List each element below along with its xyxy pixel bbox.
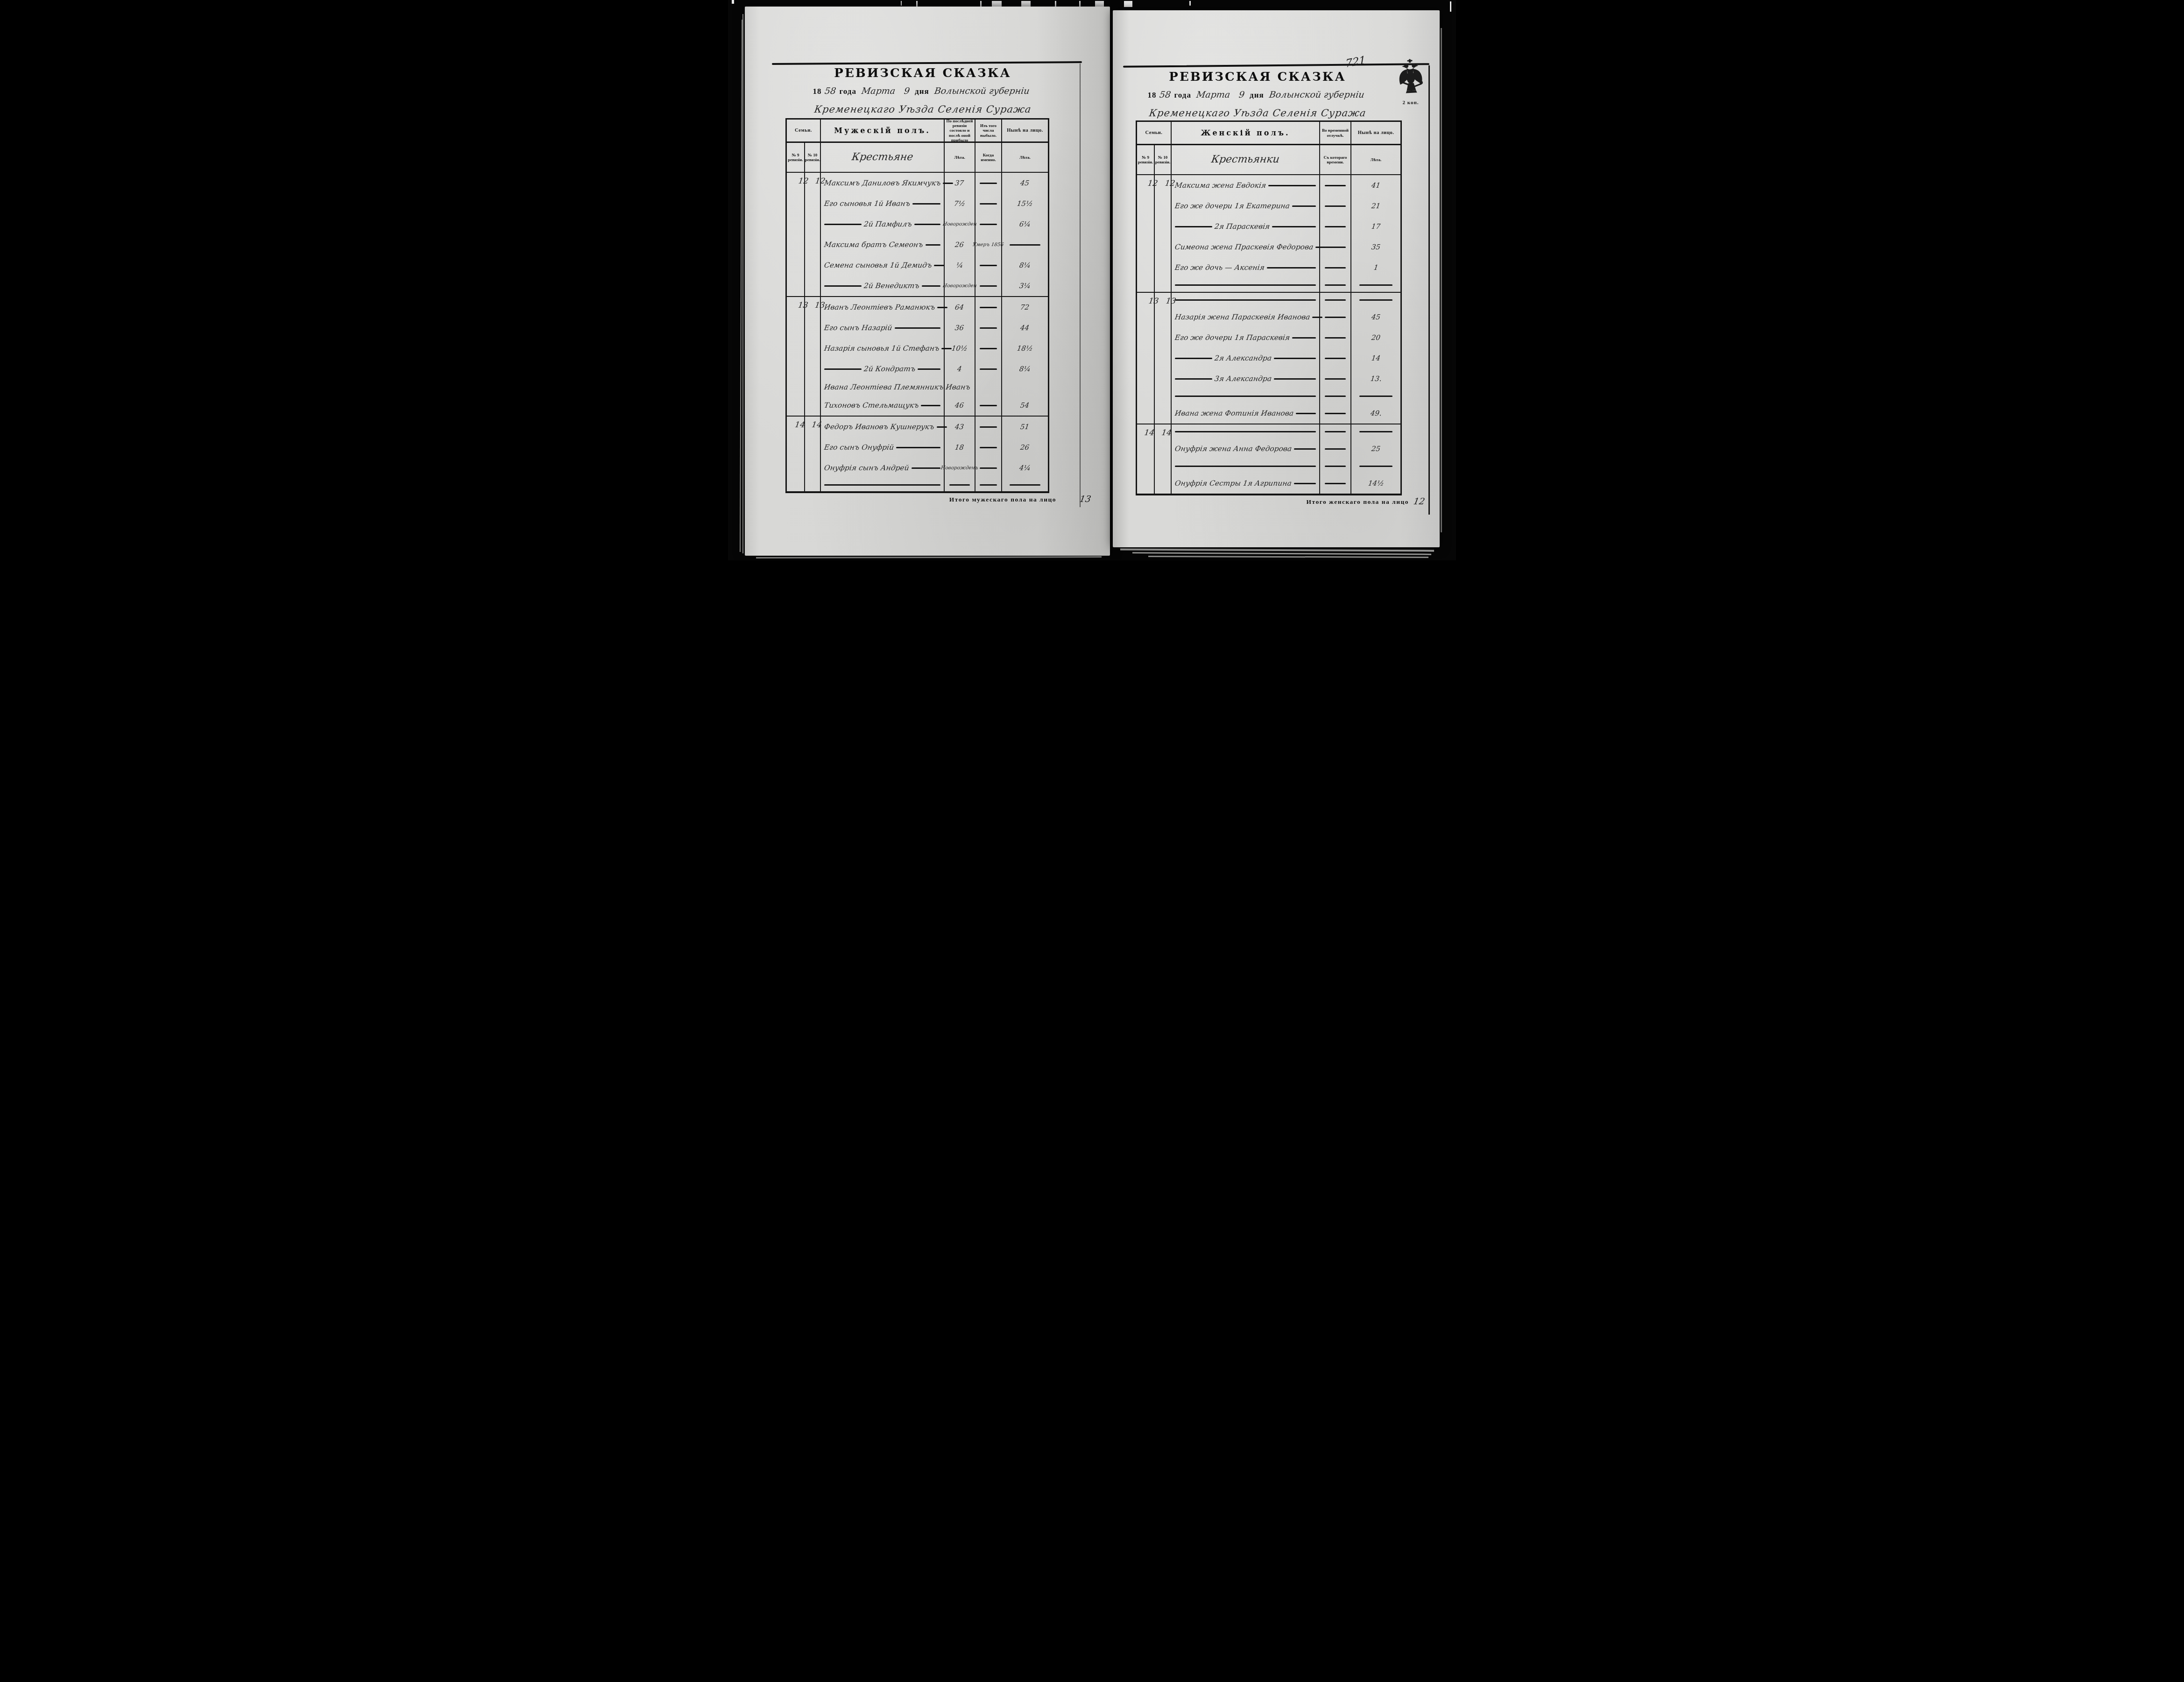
present-age-cell xyxy=(1002,379,1048,395)
ink-dash xyxy=(1175,431,1316,432)
stamp-value: 2 коп. xyxy=(1396,100,1426,106)
present-age-cell-value: 8¼ xyxy=(1019,261,1032,269)
present-age-cell: 45 xyxy=(1002,173,1048,193)
ink-dash xyxy=(980,368,997,370)
family-number: 14 xyxy=(802,420,822,491)
page-stack-edge xyxy=(1120,549,1434,552)
hand-day: 9 xyxy=(1238,90,1245,100)
person-name: Максимъ Даниловъ Якимчукъ xyxy=(824,179,941,187)
column-group-header: Во временной отлучкѣ. xyxy=(1320,122,1351,144)
when-left-cell xyxy=(975,276,1002,296)
present-age-cell: 14½ xyxy=(1351,473,1400,494)
present-age-cell-value: 45 xyxy=(1371,313,1381,321)
present-age-cell-value: 25 xyxy=(1371,445,1381,453)
ink-dash xyxy=(980,285,997,287)
ink-dash xyxy=(1292,205,1316,207)
table-row xyxy=(1172,293,1400,307)
column-subheader: № 10 ревизіи. xyxy=(1155,145,1172,174)
present-age-cell: 8¼ xyxy=(1002,255,1048,276)
temporary-absence-cell xyxy=(1320,368,1351,389)
ink-dash xyxy=(1175,284,1316,286)
name-cell xyxy=(1172,424,1320,438)
film-mark xyxy=(916,1,918,7)
page-stack-edge xyxy=(756,556,1102,558)
name-cell: Назарія сыновья 1й Стефанъ xyxy=(821,338,945,359)
temporary-absence-cell xyxy=(1320,196,1351,216)
last-revision-age-cell: ¼ xyxy=(945,255,975,276)
last-revision-age-cell: 7½ xyxy=(945,193,975,214)
column-group-header: Изъ того числа выбыло. xyxy=(975,120,1002,141)
film-mark xyxy=(1124,1,1132,7)
present-age-cell-value: 21 xyxy=(1371,202,1381,210)
ink-dash xyxy=(1325,483,1345,484)
ink-dash xyxy=(896,447,940,448)
present-age-cell-value: 51 xyxy=(1020,423,1030,431)
name-cell: Его же дочери 1я Параскевія xyxy=(1172,327,1320,348)
when-left-cell xyxy=(975,255,1002,276)
table-row: Семена сыновья 1й Демидъ¼8¼ xyxy=(821,255,1048,276)
family-rows: Иванъ Леонтіевъ Раманюкъ6472Его сынъ Наз… xyxy=(821,297,1048,416)
present-age-cell: 15½ xyxy=(1002,193,1048,214)
temporary-absence-cell xyxy=(1320,403,1351,424)
table-row xyxy=(1172,278,1400,292)
ink-dash xyxy=(1267,267,1316,269)
when-left-cell: Умеръ 1856 xyxy=(975,234,1002,255)
ink-dash xyxy=(1296,413,1316,414)
name-cell: 3я Александра xyxy=(1172,368,1320,389)
ink-dash xyxy=(1175,299,1316,301)
table-row xyxy=(821,478,1048,491)
table-row: Назарія жена Параскевія Иванова45 xyxy=(1172,307,1400,327)
present-age-cell-value: 6¼ xyxy=(1019,220,1032,228)
margin-line xyxy=(1080,64,1081,507)
ink-dash xyxy=(1175,396,1316,397)
table-row: 2я Параскевія17 xyxy=(1172,216,1400,237)
name-cell: Ивана жена Фотинія Иванова xyxy=(1172,403,1320,424)
hand-month: Марта xyxy=(1196,90,1231,100)
film-mark xyxy=(1055,1,1056,7)
hand-year: 58 xyxy=(824,86,837,96)
name-cell: Иванъ Леонтіевъ Раманюкъ xyxy=(821,297,945,318)
page-stack-edge xyxy=(1148,556,1428,558)
person-name: Назарія жена Параскевія Иванова xyxy=(1174,313,1311,321)
table-row: Ивана жена Фотинія Иванова49. xyxy=(1172,403,1400,424)
ink-dash xyxy=(895,327,941,329)
family-number-rev10: 13 xyxy=(1155,293,1172,424)
name-cell xyxy=(1172,278,1320,292)
ink-dash xyxy=(1268,185,1316,186)
temporary-absence-cell xyxy=(1320,278,1351,292)
family-block: 1414Онуфрія жена Анна Федорова25Онуфрія … xyxy=(1137,424,1400,494)
ink-dash xyxy=(1010,244,1041,246)
female-revision-table: Семьи.Женскій полъ.Во временной отлучкѣ.… xyxy=(1136,120,1402,495)
table-row: Федоръ Ивановъ Кушнерукъ4351 xyxy=(821,417,1048,437)
ink-dash xyxy=(1325,299,1345,301)
last-revision-age-cell: Новорожденъ xyxy=(945,458,975,478)
total-value: 12 xyxy=(1413,496,1426,507)
column-subheader: № 9 ревизіи. xyxy=(1137,145,1155,174)
column-subheader: Крестьянки xyxy=(1172,145,1320,174)
ink-dash xyxy=(912,467,940,469)
last-revision-age-cell: Новорожден xyxy=(945,214,975,234)
printed-year-prefix: 18 xyxy=(813,87,821,96)
printed-dnya: дня xyxy=(915,87,929,96)
person-name: Его же дочери 1я Параскевія xyxy=(1174,333,1291,342)
name-cell: Онуфрія жена Анна Федорова xyxy=(1172,438,1320,459)
family-block: 1414Федоръ Ивановъ Кушнерукъ4351Его сынъ… xyxy=(787,416,1048,491)
last-revision-age-cell-value: 43 xyxy=(954,423,965,431)
last-revision-age-cell: Новорожден xyxy=(945,276,975,296)
ink-dash xyxy=(1292,337,1316,339)
person-name: 3я Александра xyxy=(1214,375,1272,383)
family-number-rev10: 13 xyxy=(805,297,821,416)
ink-dash xyxy=(1272,226,1316,227)
when-left-cell xyxy=(975,193,1002,214)
present-age-cell-value: 26 xyxy=(1020,443,1030,452)
left-page: РЕВИЗСКАЯ СКАЗКА 1858года Марта 9 дня Во… xyxy=(745,7,1110,556)
person-name: Иванъ Леонтіевъ Раманюкъ xyxy=(824,303,936,311)
person-name: Онуфрія жена Анна Федорова xyxy=(1174,445,1293,453)
table-row: Максимъ Даниловъ Якимчукъ3745 xyxy=(821,173,1048,193)
ink-dash xyxy=(1325,431,1345,432)
name-cell: Тихоновъ Стельмащукъ xyxy=(821,395,945,416)
right-page: РЕВИЗСКАЯ СКАЗКА 1858года Марта 9 дня Во… xyxy=(1113,10,1440,547)
ink-dash xyxy=(1359,466,1392,467)
total-value: 13 xyxy=(1079,494,1092,504)
hand-day: 9 xyxy=(903,86,910,96)
last-revision-age-cell-value: 36 xyxy=(954,324,965,332)
family-block: 1212Максимъ Даниловъ Якимчукъ3745Его сын… xyxy=(787,173,1048,296)
table-row xyxy=(1172,424,1400,438)
temporary-absence-cell xyxy=(1320,348,1351,368)
present-age-cell: 17 xyxy=(1351,216,1400,237)
last-revision-age-cell-value: 46 xyxy=(954,401,965,410)
temporary-absence-cell xyxy=(1320,237,1351,257)
person-name: 2я Александра xyxy=(1214,354,1272,362)
person-name: 2й Памфилъ xyxy=(863,220,912,228)
ink-dash xyxy=(914,224,940,225)
table-row: Максима братъ Семеонъ26Умеръ 1856 xyxy=(821,234,1048,255)
present-age-cell-value: 35 xyxy=(1371,243,1381,251)
ink-dash xyxy=(934,265,944,266)
name-cell xyxy=(1172,293,1320,307)
table-row: Онуфрія сынъ АндрейНоворожденъ4¼ xyxy=(821,458,1048,478)
printed-goda: года xyxy=(1174,91,1191,99)
person-name: Федоръ Ивановъ Кушнерукъ xyxy=(824,423,935,431)
page-stack-edge xyxy=(742,14,743,553)
table-row: 2я Александра14 xyxy=(1172,348,1400,368)
ink-dash xyxy=(1325,247,1345,248)
total-label: Итого женскаго пола на лицо xyxy=(1306,498,1409,506)
name-cell: 2й Кондратъ xyxy=(821,359,945,379)
present-age-cell-value: 18½ xyxy=(1017,344,1033,353)
ink-dash xyxy=(1294,448,1316,450)
ink-dash xyxy=(1325,358,1345,359)
last-revision-age-cell-value: Новорожден xyxy=(942,283,977,289)
present-age-cell: 44 xyxy=(1002,318,1048,338)
ink-dash xyxy=(922,285,940,287)
present-age-cell-value: 72 xyxy=(1020,303,1030,311)
last-revision-age-cell: 18 xyxy=(945,437,975,458)
person-name: Его же дочери 1я Екатерина xyxy=(1174,202,1291,210)
ink-dash xyxy=(1325,185,1345,186)
temporary-absence-cell xyxy=(1320,473,1351,494)
ink-dash xyxy=(1325,378,1345,380)
person-name: 2й Кондратъ xyxy=(863,365,916,373)
name-cell: Его же дочь — Аксенія xyxy=(1172,257,1320,278)
present-age-cell: 3¼ xyxy=(1002,276,1048,296)
film-mark xyxy=(1189,1,1191,6)
present-age-cell xyxy=(1002,234,1048,255)
present-age-cell-value: 44 xyxy=(1020,324,1030,332)
film-mark xyxy=(1450,1,1451,12)
table-row: Его же дочери 1я Параскевія20 xyxy=(1172,327,1400,348)
ink-dash xyxy=(980,307,997,308)
present-age-cell: 1 xyxy=(1351,257,1400,278)
present-age-cell xyxy=(1351,459,1400,473)
ink-dash xyxy=(1175,358,1212,359)
present-age-cell: 41 xyxy=(1351,175,1400,196)
male-revision-table: Семьи.Мужескій полъ.По послѣдней ревизіи… xyxy=(785,118,1049,493)
present-age-cell: 13. xyxy=(1351,368,1400,389)
name-cell: 2я Параскевія xyxy=(1172,216,1320,237)
last-revision-age-cell: 36 xyxy=(945,318,975,338)
last-revision-age-cell-value: Новорожден xyxy=(942,221,977,227)
column-subheader: Лѣта. xyxy=(1351,145,1400,174)
page-number: 721 xyxy=(1345,54,1366,71)
name-cell: Симеона жена Праскевія Федорова xyxy=(1172,237,1320,257)
column-subheader: Лѣта. xyxy=(945,143,975,172)
name-cell: 2й Венедиктъ xyxy=(821,276,945,296)
page-frame-right xyxy=(1428,65,1430,515)
last-revision-age-cell-value: ¼ xyxy=(955,261,963,269)
when-left-cell xyxy=(975,478,1002,491)
last-revision-age-cell: 26 xyxy=(945,234,975,255)
present-age-cell: 14 xyxy=(1351,348,1400,368)
last-revision-age-cell-value: 7½ xyxy=(954,199,966,208)
ink-dash xyxy=(824,285,862,287)
temporary-absence-cell xyxy=(1320,389,1351,403)
present-age-cell-value: 54 xyxy=(1020,401,1030,410)
present-age-cell-value: 45 xyxy=(1020,179,1030,187)
name-cell: Его сынъ Онуфрій xyxy=(821,437,945,458)
family-block: 1313Назарія жена Параскевія Иванова45Его… xyxy=(1137,292,1400,424)
present-age-cell xyxy=(1351,278,1400,292)
total-label: Итого мужескаго пола на лицо xyxy=(949,496,1056,503)
column-subheader: Съ котораго времени. xyxy=(1320,145,1351,174)
present-age-cell: 26 xyxy=(1002,437,1048,458)
ink-dash xyxy=(824,368,862,370)
printed-goda: года xyxy=(840,87,856,96)
family-block: 1212Максима жена Евдокія41Его же дочери … xyxy=(1137,175,1400,292)
ink-dash xyxy=(980,447,997,448)
last-revision-age-cell: 43 xyxy=(945,417,975,437)
page-top-rule xyxy=(1123,63,1429,68)
page-stack-edge xyxy=(1441,28,1442,532)
person-name: Его же дочь — Аксенія xyxy=(1174,263,1265,272)
ink-dash xyxy=(1359,284,1392,286)
family-number-rev10: 14 xyxy=(1155,424,1172,494)
family-rows: Назарія жена Параскевія Иванова45Его же … xyxy=(1172,293,1400,424)
table-row: Его сынъ Онуфрій1826 xyxy=(821,437,1048,458)
hand-region: Волынской губерніи xyxy=(1268,90,1365,100)
printed-year-prefix: 18 xyxy=(1147,91,1156,99)
last-revision-age-cell-value: 64 xyxy=(954,303,965,311)
present-age-cell-value: 3¼ xyxy=(1019,282,1032,290)
when-left-cell xyxy=(975,297,1002,318)
table-row: Онуфрія Сестры 1я Агрипина14½ xyxy=(1172,473,1400,494)
last-revision-age-cell: 64 xyxy=(945,297,975,318)
table-row: Тихоновъ Стельмащукъ4654 xyxy=(821,395,1048,416)
person-name: Онуфрія сынъ Андрей xyxy=(824,464,910,472)
ink-dash xyxy=(980,224,997,225)
present-age-cell: 18½ xyxy=(1002,338,1048,359)
last-revision-age-cell-value: 37 xyxy=(954,179,965,187)
when-left-cell xyxy=(975,173,1002,193)
table-row: Онуфрія жена Анна Федорова25 xyxy=(1172,438,1400,459)
person-name: Его сынъ Назарій xyxy=(824,324,893,332)
ink-dash xyxy=(824,224,862,225)
family-number-rev10: 14 xyxy=(805,417,821,491)
temporary-absence-cell xyxy=(1320,175,1351,196)
column-group-header: Семьи. xyxy=(787,120,821,141)
when-left-cell xyxy=(975,458,1002,478)
ink-dash xyxy=(1175,378,1212,380)
ink-dash xyxy=(1359,431,1392,432)
column-group-header-row: Семьи.Мужескій полъ.По послѣдней ревизіи… xyxy=(787,120,1048,143)
temporary-absence-cell xyxy=(1320,307,1351,327)
name-cell xyxy=(821,478,945,491)
present-age-cell-value: 20 xyxy=(1371,333,1381,342)
ink-dash xyxy=(1274,378,1316,380)
name-cell: Максима жена Евдокія xyxy=(1172,175,1320,196)
family-rows: Максимъ Даниловъ Якимчукъ3745Его сыновья… xyxy=(821,173,1048,296)
when-left-cell xyxy=(975,417,1002,437)
ink-dash xyxy=(921,405,940,406)
ink-dash xyxy=(1325,466,1345,467)
name-cell: Его сынъ Назарій xyxy=(821,318,945,338)
family-number-rev9: 14 xyxy=(1137,424,1155,494)
handwritten-class-label: Крестьянки xyxy=(1210,154,1280,166)
ink-dash xyxy=(926,244,940,246)
last-revision-age-cell: 10½ xyxy=(945,338,975,359)
family-rows: Федоръ Ивановъ Кушнерукъ4351Его сынъ Ону… xyxy=(821,417,1048,491)
when-left-cell xyxy=(975,318,1002,338)
present-age-cell-value: 1 xyxy=(1373,263,1378,272)
table-row xyxy=(1172,389,1400,403)
location-line: Кременецкаго Уѣзда Селенія Суража xyxy=(1148,107,1367,119)
column-group-header: По послѣдней ревизіи состояло и послѣ он… xyxy=(945,120,975,141)
ink-dash xyxy=(1359,299,1392,301)
hand-month: Марта xyxy=(861,86,896,96)
present-age-cell: 25 xyxy=(1351,438,1400,459)
table-row: Иванъ Леонтіевъ Раманюкъ6472 xyxy=(821,297,1048,318)
family-number-rev10: 12 xyxy=(805,173,821,296)
present-age-cell xyxy=(1351,424,1400,438)
page-title: РЕВИЗСКАЯ СКАЗКА xyxy=(773,66,1073,80)
family-number: 14 xyxy=(785,420,806,491)
name-cell xyxy=(1172,389,1320,403)
ink-dash xyxy=(1010,484,1041,486)
name-cell: Онуфрія сынъ Андрей xyxy=(821,458,945,478)
person-name: Ивана Леонтіева Племянникъ Иванъ xyxy=(824,383,971,391)
ink-dash xyxy=(980,203,997,205)
film-mark xyxy=(732,0,734,4)
name-cell: Назарія жена Параскевія Иванова xyxy=(1172,307,1320,327)
name-cell: Его сыновья 1й Иванъ xyxy=(821,193,945,214)
column-group-header: Семьи. xyxy=(1137,122,1172,144)
ink-dash xyxy=(1325,448,1345,450)
present-age-cell: 45 xyxy=(1351,307,1400,327)
ink-dash xyxy=(1325,205,1345,207)
ink-dash xyxy=(949,484,970,486)
when-left-cell xyxy=(975,395,1002,416)
name-cell: 2й Памфилъ xyxy=(821,214,945,234)
column-group-header: Мужескій полъ. xyxy=(821,120,945,141)
hand-year: 58 xyxy=(1159,90,1172,100)
column-subheader: Крестьяне xyxy=(821,143,945,172)
ink-dash xyxy=(1175,466,1316,467)
name-cell: Максима братъ Семеонъ xyxy=(821,234,945,255)
last-revision-age-cell: 4 xyxy=(945,359,975,379)
column-group-header: Нынѣ на лицо. xyxy=(1002,120,1048,141)
temporary-absence-cell xyxy=(1320,438,1351,459)
name-cell: Максимъ Даниловъ Якимчукъ xyxy=(821,173,945,193)
column-subheader: № 10 ревизіи. xyxy=(805,143,821,172)
ink-dash xyxy=(1325,284,1345,286)
present-age-cell: 20 xyxy=(1351,327,1400,348)
ink-dash xyxy=(980,467,997,469)
column-subheader: Когда именно. xyxy=(975,143,1002,172)
when-left-cell-value: Умеръ 1856 xyxy=(973,242,1004,247)
present-age-cell xyxy=(1351,293,1400,307)
last-revision-age-cell-value: Новорожденъ xyxy=(940,465,978,471)
present-age-cell: 21 xyxy=(1351,196,1400,216)
ink-dash xyxy=(918,368,940,370)
column-subheader-row: № 9 ревизіи.№ 10 ревизіи.КрестьянеЛѣта.К… xyxy=(787,143,1048,173)
temporary-absence-cell xyxy=(1320,459,1351,473)
column-subheader-row: № 9 ревизіи.№ 10 ревизіи.КрестьянкиСъ ко… xyxy=(1137,145,1400,175)
ink-dash xyxy=(980,426,997,428)
family-number: 14 xyxy=(1153,428,1172,494)
when-left-cell xyxy=(975,437,1002,458)
ink-dash xyxy=(912,203,940,205)
table-row: Его сынъ Назарій3644 xyxy=(821,318,1048,338)
person-name: 2й Венедиктъ xyxy=(863,282,920,290)
when-left-cell xyxy=(975,214,1002,234)
table-row: Его же дочери 1я Екатерина21 xyxy=(1172,196,1400,216)
present-age-cell: 4¼ xyxy=(1002,458,1048,478)
table-row: Назарія сыновья 1й Стефанъ10½18½ xyxy=(821,338,1048,359)
family-block: 1313Иванъ Леонтіевъ Раманюкъ6472Его сынъ… xyxy=(787,296,1048,416)
temporary-absence-cell xyxy=(1320,293,1351,307)
printed-dnya: дня xyxy=(1250,91,1264,99)
temporary-absence-cell xyxy=(1320,424,1351,438)
date-line: 1858года Марта 9 дня Волынской губерніи xyxy=(1127,90,1388,100)
name-cell: Ивана Леонтіева Племянникъ Иванъ xyxy=(821,379,945,395)
present-age-cell-value: 4¼ xyxy=(1019,464,1032,472)
family-number: 14 xyxy=(1136,428,1155,494)
ink-dash xyxy=(1325,413,1345,414)
ink-dash xyxy=(980,484,997,486)
name-cell: Онуфрія Сестры 1я Агрипина xyxy=(1172,473,1320,494)
ink-dash xyxy=(980,183,997,184)
table-row: Ивана Леонтіева Племянникъ Иванъ xyxy=(821,379,1048,395)
person-name: Онуфрія Сестры 1я Агрипина xyxy=(1174,479,1292,488)
person-name: Максима жена Евдокія xyxy=(1174,181,1267,190)
person-name: Ивана жена Фотинія Иванова xyxy=(1174,409,1294,417)
ink-dash xyxy=(980,348,997,349)
